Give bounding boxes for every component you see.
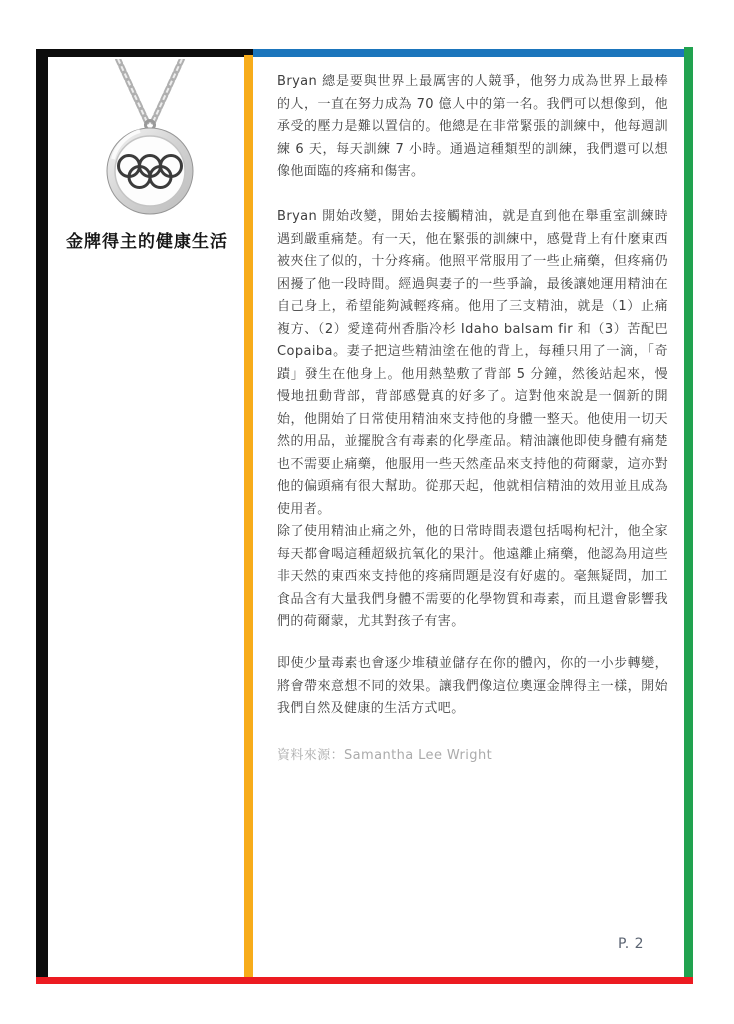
top-border-black (36, 49, 253, 57)
article-title: 金牌得主的健康生活 (40, 231, 254, 253)
paragraph-4: 即使少量毒素也會逐少堆積並儲存在你的體內，你的一小步轉變，將會帶來意想不同的效果… (277, 653, 668, 721)
left-border-black (36, 49, 48, 977)
olympic-rings-pendant-image (95, 59, 205, 217)
left-border-yellow (244, 55, 253, 977)
source-author: Samantha Lee Wright (344, 748, 492, 763)
necklace-chain-icon (118, 59, 182, 130)
source-line: 資料來源：Samantha Lee Wright (277, 744, 492, 763)
paragraph-1: Bryan 總是要與世界上最厲害的人競爭，他努力成為世界上最棒的人，一直在努力成… (277, 71, 668, 184)
source-label: 資料來源： (277, 748, 344, 763)
page-number: P. 2 (600, 936, 662, 952)
document-page: 金牌得主的健康生活 Bryan 總是要與世界上最厲害的人競爭，他努力成為世界上最… (0, 0, 734, 1024)
right-border-green (684, 47, 693, 977)
top-border-blue (253, 49, 684, 57)
paragraph-3: 除了使用精油止痛之外，他的日常時間表還包括喝枸杞汁，他全家每天都會喝這種超級抗氧… (277, 521, 668, 634)
paragraph-2: Bryan 開始改變，開始去接觸精油，就是直到他在舉重室訓練時遇到嚴重痛楚。有一… (277, 206, 668, 521)
bottom-border-red (36, 977, 693, 984)
